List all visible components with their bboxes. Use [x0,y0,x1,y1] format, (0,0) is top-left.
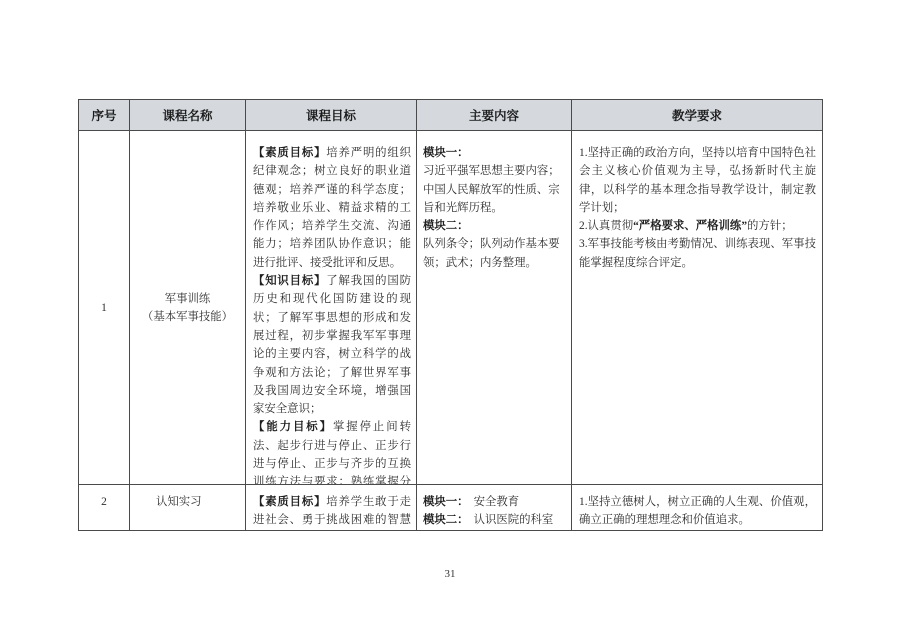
objective-quality: 【素质目标】培养学生敢于走进社会、勇于挑战困难的智慧和精 [253,493,411,530]
page-number: 31 [0,568,900,580]
row1-objectives-text: 【素质目标】培养严明的组织纪律观念；树立良好的职业道德观；培养严谨的科学态度；培… [253,144,411,484]
row2-requirements-text: 1.坚持立德树人，树立正确的人生观、价值观，确立正确的理想理念和价值追求。 [579,493,816,530]
row1-main-content-text: 模块一： 习近平强军思想主要内容；中国人民解放军的性质、宗旨和光辉历程。 模块二… [423,144,568,484]
module-2-text: 队列条令；队列动作基本要领；武术；内务整理。 [423,235,568,272]
module-2-label: 模块二： [423,514,469,526]
row1-course-name: 军事训练 （基本军事技能） [130,131,246,485]
document-page: 序号 课程名称 课程目标 主要内容 教学要求 1 军事训练 （基本军事技能） 【… [0,0,900,636]
row1-requirements-text: 1.坚持正确的政治方向，坚持以培育中国特色社会主义核心价值观为主导，弘扬新时代主… [579,144,816,484]
objective-ability: 【能力目标】掌握停止间转法、起步行进与停止、正步行进与停止、正步与齐步的互换训练… [253,418,411,484]
row2-main-content-text: 模块一：安全教育 模块二：认识医院的科室 [423,493,568,530]
row2-objectives: 【素质目标】培养学生敢于走进社会、勇于挑战困难的智慧和精 [246,485,417,531]
requirement-3: 3.军事技能考核由考勤情况、训练表现、军事技能掌握程度综合评定。 [579,235,816,272]
row2-main-content: 模块一：安全教育 模块二：认识医院的科室 [417,485,572,531]
table-row-cognitive-internship: 2 认知实习 【素质目标】培养学生敢于走进社会、勇于挑战困难的智慧和精 模块一：… [79,485,823,531]
module-1-label: 模块一： [423,144,568,162]
row2-course-name: 认知实习 [130,485,246,531]
objective-ability-label: 【能力目标】 [253,421,333,433]
table-header-row: 序号 课程名称 课程目标 主要内容 教学要求 [79,100,823,131]
row2-teaching-requirements: 1.坚持立德树人，树立正确的人生观、价值观，确立正确的理想理念和价值追求。 [572,485,823,531]
requirement-2: 2.认真贯彻“严格要求、严格训练”的方针； [579,217,816,235]
requirement-1: 1.坚持正确的政治方向，坚持以培育中国特色社会主义核心价值观为主导，弘扬新时代主… [579,144,816,217]
header-main-content: 主要内容 [417,100,572,131]
module-2-text: 认识医院的科室 [469,514,554,526]
header-course-name: 课程名称 [130,100,246,131]
module-2-label: 模块二： [423,217,568,235]
course-plan-table: 序号 课程名称 课程目标 主要内容 教学要求 1 军事训练 （基本军事技能） 【… [78,99,823,531]
objective-knowledge-text: 了解我国的国防历史和现代化国防建设的现状；了解军事思想的形成和发展过程，初步掌握… [253,275,411,415]
objective-knowledge-label: 【知识目标】 [253,275,326,287]
objective-quality: 【素质目标】培养严明的组织纪律观念；树立良好的职业道德观；培养严谨的科学态度；培… [253,144,411,272]
module-1-label: 模块一： [423,496,469,508]
objective-quality-text: 培养严明的组织纪律观念；树立良好的职业道德观；培养严谨的科学态度；培养敬业乐业、… [253,147,411,269]
header-seq: 序号 [79,100,130,131]
row2-objectives-text: 【素质目标】培养学生敢于走进社会、勇于挑战困难的智慧和精 [253,493,411,530]
module-1-text: 安全教育 [469,496,520,508]
row2-seq: 2 [79,485,130,531]
row1-main-content: 模块一： 习近平强军思想主要内容；中国人民解放军的性质、宗旨和光辉历程。 模块二… [417,131,572,485]
row1-objectives: 【素质目标】培养严明的组织纪律观念；树立良好的职业道德观；培养严谨的科学态度；培… [246,131,417,485]
requirement-1: 1.坚持立德树人，树立正确的人生观、价值观，确立正确的理想理念和价值追求。 [579,493,816,530]
course-name-line1: 军事训练 [130,290,245,308]
module-2: 模块二：认识医院的科室 [423,511,568,529]
table-row-military-training: 1 军事训练 （基本军事技能） 【素质目标】培养严明的组织纪律观念；树立良好的职… [79,131,823,485]
module-1-text: 习近平强军思想主要内容；中国人民解放军的性质、宗旨和光辉历程。 [423,162,568,217]
row1-teaching-requirements: 1.坚持正确的政治方向，坚持以培育中国特色社会主义核心价值观为主导，弘扬新时代主… [572,131,823,485]
header-teaching-requirements: 教学要求 [572,100,823,131]
module-1: 模块一：安全教育 [423,493,568,511]
objective-quality-label: 【素质目标】 [253,147,326,159]
row1-seq: 1 [79,131,130,485]
header-course-objectives: 课程目标 [246,100,417,131]
objective-quality-label: 【素质目标】 [253,496,326,508]
course-name-line2: （基本军事技能） [130,308,245,326]
objective-knowledge: 【知识目标】了解我国的国防历史和现代化国防建设的现状；了解军事思想的形成和发展过… [253,272,411,418]
